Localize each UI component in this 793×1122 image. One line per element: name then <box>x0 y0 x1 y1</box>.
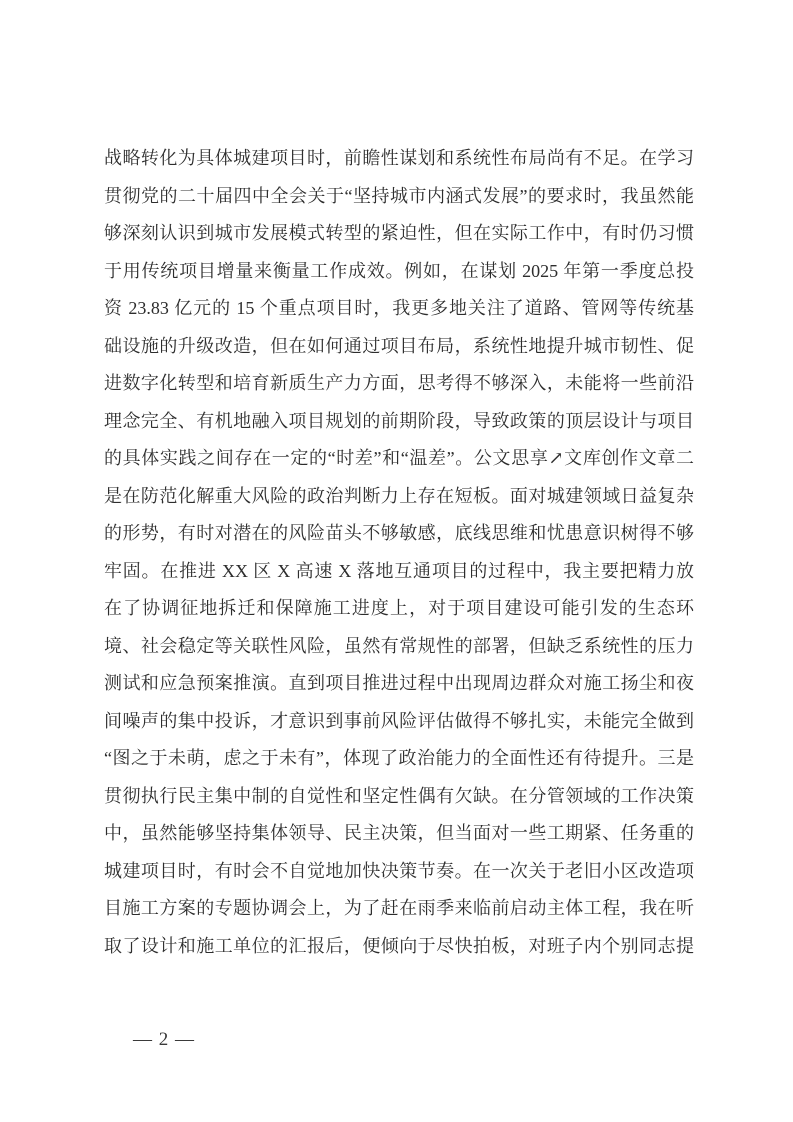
text-line: 城建项目时，有时会不自觉地加快决策节奏。在一次关于老旧小区改造项 <box>104 853 694 891</box>
text-line: 境、社会稳定等关联性风险，虽然有常规性的部署，但缺乏系统性的压力 <box>104 628 694 666</box>
document-text-block: 战略转化为具体城建项目时，前瞻性谋划和系统性布局尚有不足。在学习 贯彻党的二十届… <box>104 140 694 965</box>
text-line: 够深刻认识到城市发展模式转型的紧迫性，但在实际工作中，有时仍习惯 <box>104 215 694 253</box>
text-line: 间噪声的集中投诉，才意识到事前风险评估做得不够扎实，未能完全做到 <box>104 703 694 741</box>
text-line: 战略转化为具体城建项目时，前瞻性谋划和系统性布局尚有不足。在学习 <box>104 140 694 178</box>
text-line: 贯彻党的二十届四中全会关于“坚持城市内涵式发展”的要求时，我虽然能 <box>104 178 694 216</box>
text-line: 取了设计和施工单位的汇报后，便倾向于尽快拍板，对班子内个别同志提 <box>104 928 694 966</box>
text-line: 牢固。在推进 XX 区 X 高速 X 落地互通项目的过程中，我主要把精力放 <box>104 553 694 591</box>
text-line: 进数字化转型和培育新质生产力方面，思考得不够深入，未能将一些前沿 <box>104 365 694 403</box>
text-line: 于用传统项目增量来衡量工作成效。例如，在谋划 2025 年第一季度总投 <box>104 253 694 291</box>
document-page: 战略转化为具体城建项目时，前瞻性谋划和系统性布局尚有不足。在学习 贯彻党的二十届… <box>0 0 793 1122</box>
text-line: “图之于未萌，虑之于未有”，体现了政治能力的全面性还有待提升。三是 <box>104 740 694 778</box>
text-line: 是在防范化解重大风险的政治判断力上存在短板。面对城建领域日益复杂 <box>104 478 694 516</box>
text-line: 在了协调征地拆迁和保障施工进度上，对于项目建设可能引发的生态环 <box>104 590 694 628</box>
text-line: 的具体实践之间存在一定的“时差”和“温差”。公文思享↗文库创作文章二 <box>104 440 694 478</box>
text-line: 资 23.83 亿元的 15 个重点项目时，我更多地关注了道路、管网等传统基 <box>104 290 694 328</box>
text-line: 的形势，有时对潜在的风险苗头不够敏感，底线思维和忧患意识树得不够 <box>104 515 694 553</box>
text-line: 测试和应急预案推演。直到项目推进过程中出现周边群众对施工扬尘和夜 <box>104 665 694 703</box>
text-line: 中，虽然能够坚持集体领导、民主决策，但当面对一些工期紧、任务重的 <box>104 815 694 853</box>
text-line: 础设施的升级改造，但在如何通过项目布局，系统性地提升城市韧性、促 <box>104 328 694 366</box>
text-line: 目施工方案的专题协调会上，为了赶在雨季来临前启动主体工程，我在听 <box>104 890 694 928</box>
text-line: 理念完全、有机地融入项目规划的前期阶段，导致政策的顶层设计与项目 <box>104 403 694 441</box>
page-number: — 2 — <box>133 1029 195 1051</box>
text-line: 贯彻执行民主集中制的自觉性和坚定性偶有欠缺。在分管领域的工作决策 <box>104 778 694 816</box>
